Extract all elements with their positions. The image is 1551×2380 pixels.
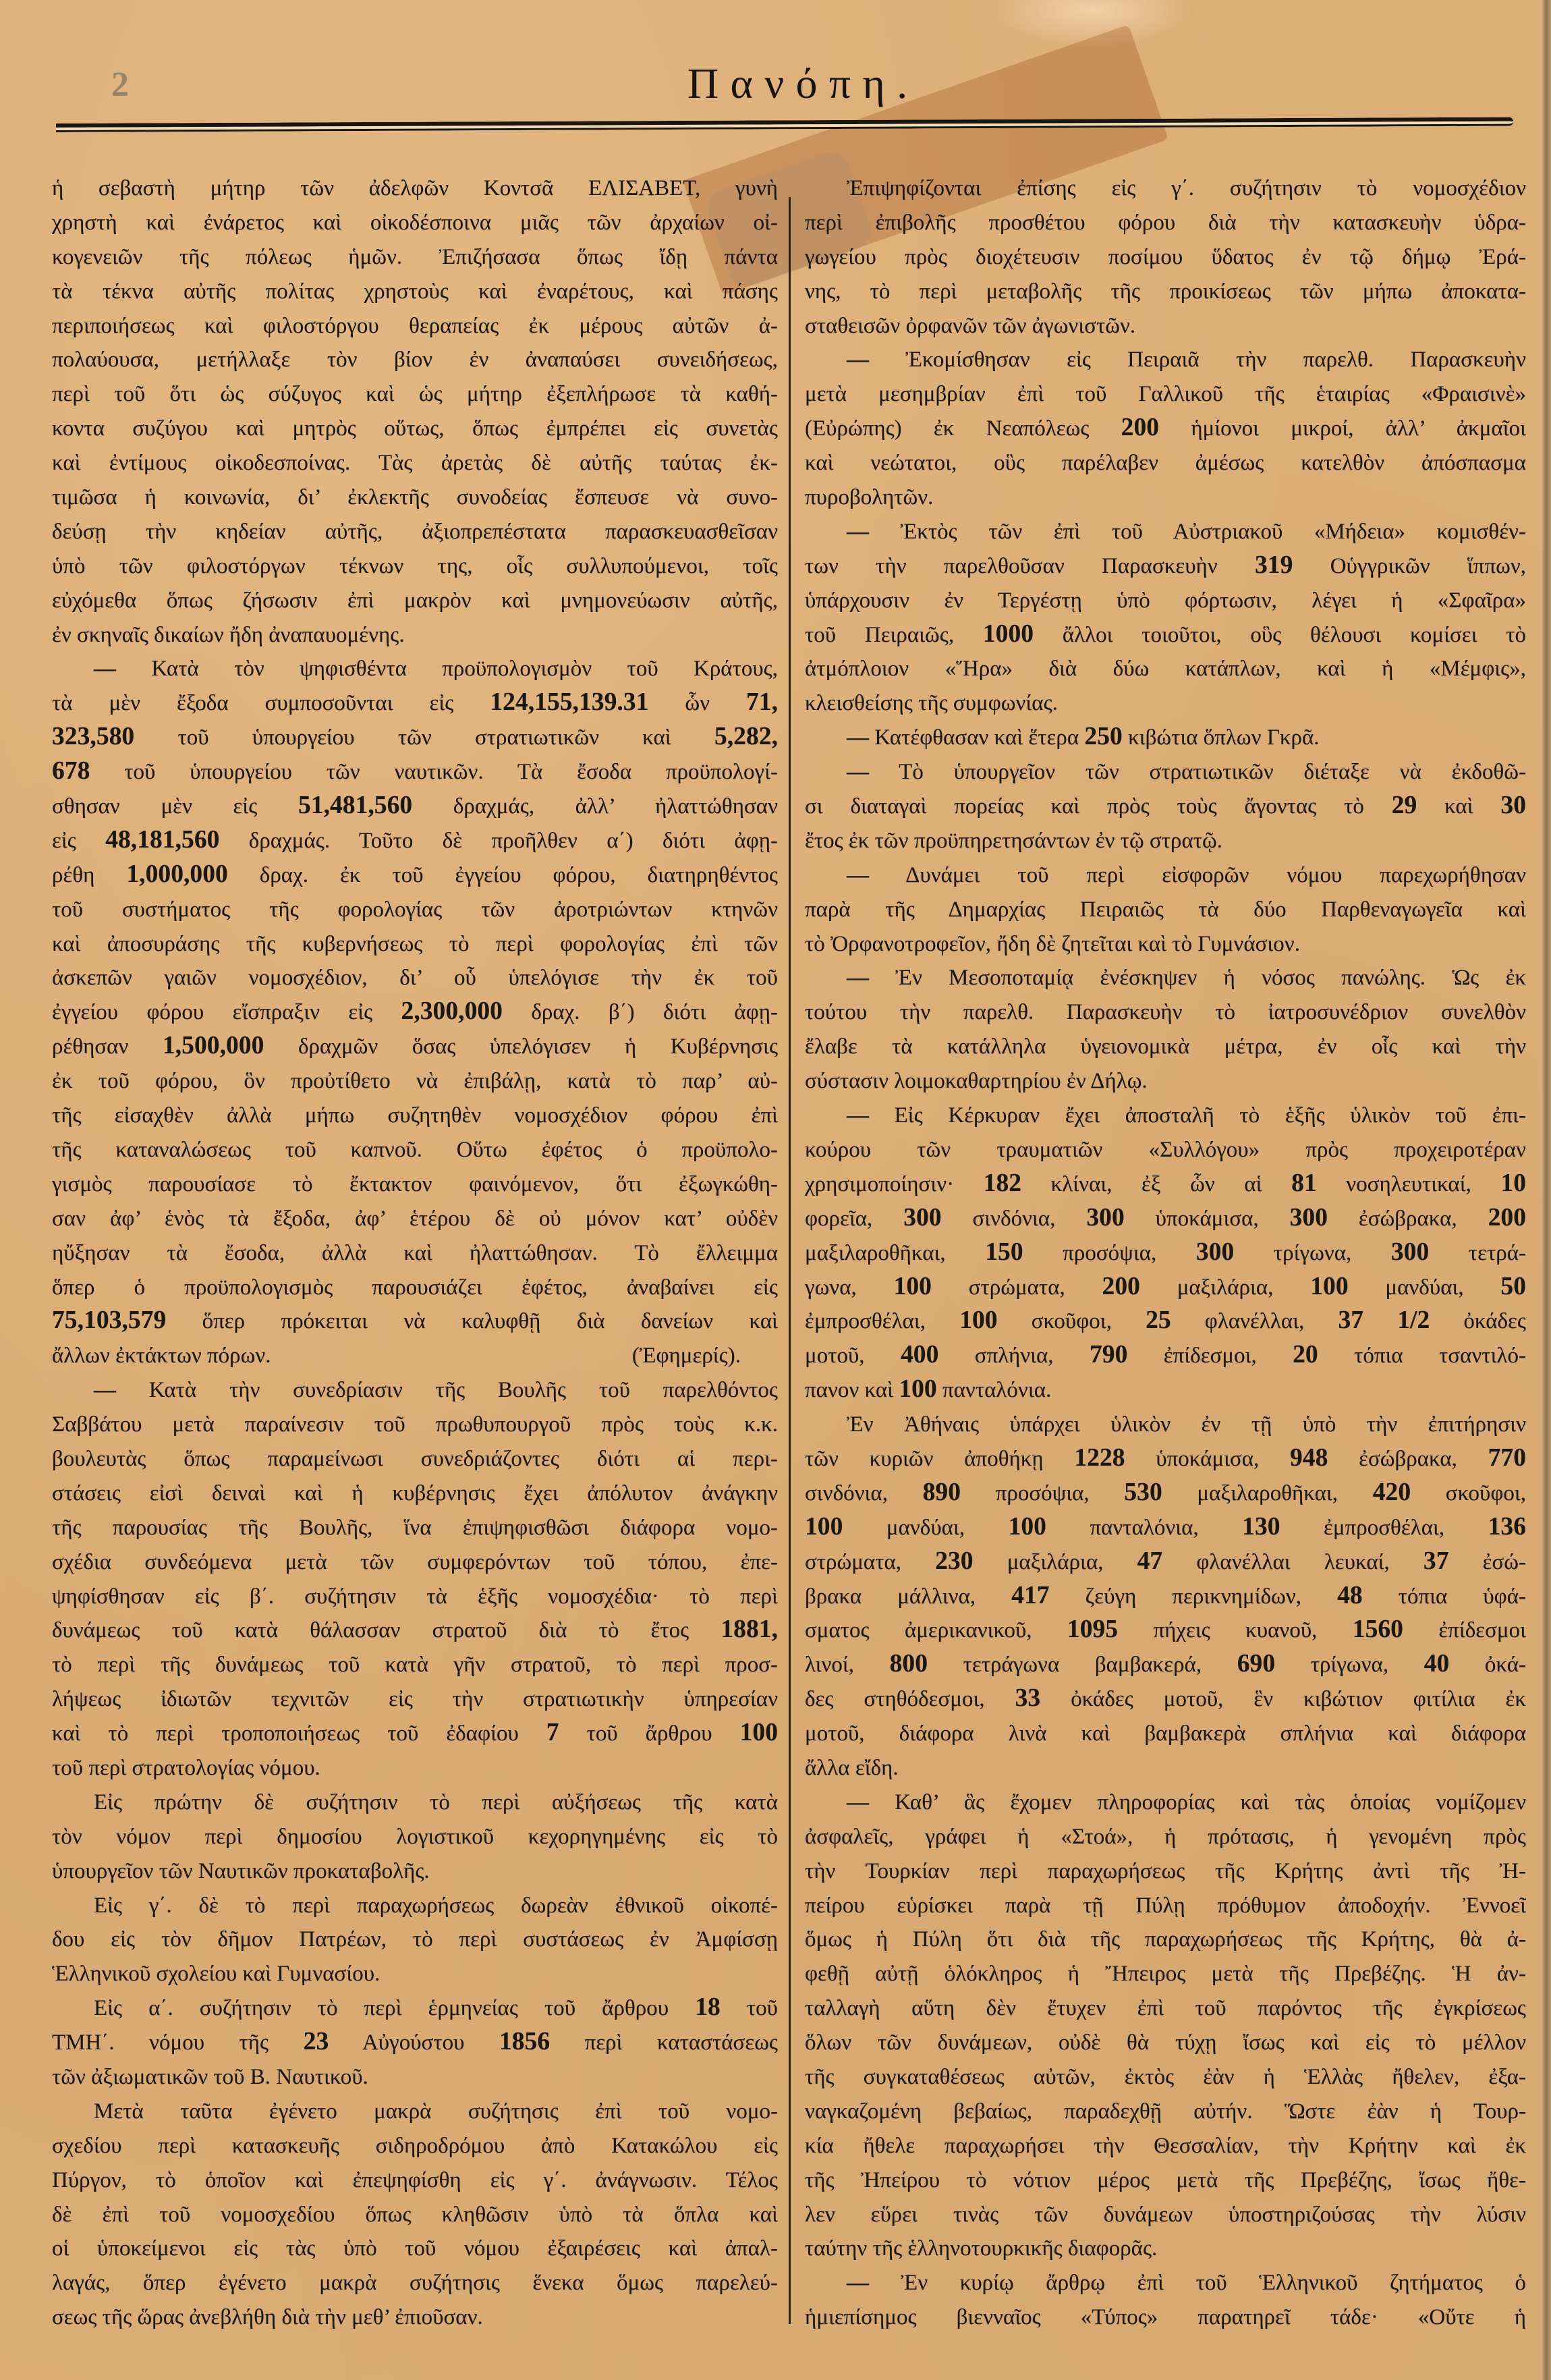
em-dash: — [94,657,116,681]
line-text: δὲ ἐπὶ τοῦ νομοσχεδίου ὅπως κληθῶσιν ὑπὸ… [52,2203,778,2227]
right-column: Ἐπιψηφίζονται ἐπίσης εἰς γ΄. συζήτησιν τ… [805,171,1526,2335]
text-line: — Τὸ ὑπουργεῖον τῶν στρατιωτικῶν διέταξε… [805,755,1526,790]
text-line: ὅλων τῶν δυνάμεων, οὐδὲ θὰ τύχῃ ἴσως καὶ… [805,2026,1526,2060]
line-text: — Ἐκομίσθησαν εἰς Πειραιᾶ τὴν παρελθ. Πα… [847,348,1526,372]
line-text: τὴν Τουρκίαν περὶ παραχωρήσεως τῆς Κρήτη… [805,1859,1526,1883]
em-dash: — [847,520,869,544]
figure: 200 [1488,1203,1526,1231]
line-text: μοτοῦ, 400 σπλήνια, 790 ἐπίδεσμοι, 20 τό… [805,1344,1526,1368]
text-line: σθησαν μὲν εἰς 51,481,560 δραχμάς, ἀλλ’ … [52,790,778,824]
text-line: στάσεις εἰσὶ δειναὶ καὶ ἡ κυβέρνησις ἔχε… [52,1476,778,1511]
line-text: κλεισθείσης τῆς συμφωνίας. [805,691,1058,715]
text-line: ἀσφαλεῖς, γράφει ἡ «Στοά», ἡ πρότασις, ἡ… [805,1820,1526,1854]
line-text: περὶ ἐπιβολῆς προσθέτου φόρου διὰ τὴν κα… [805,211,1526,235]
figure: 130 [1242,1512,1280,1541]
em-dash: — [847,966,869,990]
text-line: σαν ἀφ’ ἑνὸς τὰ ἔξοδα, ἀφ’ ἑτέρου δὲ οὐ … [52,1202,778,1236]
em-dash: — [847,863,869,887]
text-line: δες στηθόδεσμοι, 33 ὀκάδες μοτοῦ, ἓν κιβ… [805,1682,1526,1717]
line-text: ΤΜΗ΄. νόμου τῆς 23 Αὐγούστου 1856 περὶ κ… [52,2030,778,2055]
text-line: λεν εὕρει τινὰς τῶν δυνάμεων ὑποστηριζού… [805,2198,1526,2232]
text-line: νης, τὸ περὶ μεταβολῆς τῆς προικίσεως τῶ… [805,275,1526,309]
figure: 48,181,560 [105,825,219,854]
line-text: σματος ἀμερικανικοῦ, 1095 πήχεις κυανοῦ,… [805,1618,1526,1642]
figure: 23 [304,2027,329,2055]
figure: 300 [903,1203,941,1231]
line-text: σχέδια συνδεόμενα μετὰ τῶν συμφερόντων τ… [52,1550,778,1574]
figure: 1881, [721,1615,778,1643]
text-line: ψηφίσθησαν εἰς β΄. συζήτησιν τὰ ἑξῆς νομ… [52,1580,778,1614]
figure: 29 [1392,791,1417,819]
line-text: κούρου τῶν τραυματιῶν «Συλλόγου» πρὸς πρ… [805,1138,1526,1162]
line-text: περὶ τοῦ ὅτι ὡς σύζυγος καὶ ὡς μήτηρ ἐξε… [52,382,778,406]
text-line: τῶν ἀξιωματικῶν τοῦ Β. Ναυτικοῦ. [52,2060,778,2095]
line-text: — Ἐκτὸς τῶν ἐπὶ τοῦ Αὐστριακοῦ «Μήδεια» … [847,520,1526,544]
article-paragraph: Ἐπιψηφίζονται ἐπίσης εἰς γ΄. συζήτησιν τ… [805,171,1526,343]
text-line: σι διαταγαὶ πορείας καὶ πρὸς τοὺς ἄγοντα… [805,790,1526,824]
line-text: πανον καὶ 100 πανταλόνια. [805,1378,1051,1402]
line-text: βρακα μάλλινα, 417 ζεύγη περικνημίδων, 4… [805,1584,1526,1609]
line-text: ἐκ τοῦ φόρου, ὃν προὐτίθετο νὰ ἐπιβάλῃ, … [52,1069,778,1093]
page-number: 2 [111,67,129,103]
line-text: παρὰ τῆς Δημαρχίας Πειραιῶς τὰ δύο Παρθε… [805,897,1526,922]
article-paragraph: Εἰς γ΄. δὲ τὸ περὶ παραχωρήσεως δωρεὰν ἐ… [52,1889,778,1992]
figure: 800 [890,1649,928,1678]
line-text: ἐγγείου φόρου εἴσπραξιν εἰς 2,300,000 δρ… [52,1000,778,1024]
text-line: Εἰς πρώτην δὲ συζήτησιν τὸ περὶ αὐξήσεως… [52,1786,778,1820]
figure: 250 [1084,722,1122,750]
text-line: ἐγγείου φόρου εἴσπραξιν εἰς 2,300,000 δρ… [52,995,778,1030]
line-text: κοντα συζύγου καὶ μητρὸς οὕτως, ὅπως ἐμπ… [52,416,778,441]
text-line: Ἐν Ἀθήναις ὑπάρχει ὑλικὸν ἐν τῇ ὑπὸ τὴν … [805,1408,1526,1442]
text-line: Μετὰ ταῦτα ἐγένετο μακρὰ συζήτησις ἐπὶ τ… [52,2095,778,2129]
em-dash: — [847,725,869,750]
line-text: τῶν ἀξιωματικῶν τοῦ Β. Ναυτικοῦ. [52,2065,368,2089]
text-line: — Ἐν κυρίῳ ἄρθρῳ ἐπὶ τοῦ Ἑλληνικοῦ ζητήμ… [805,2266,1526,2300]
line-text: Εἰς γ΄. δὲ τὸ περὶ παραχωρήσεως δωρεὰν ἐ… [94,1893,778,1918]
text-line: τῆς Ἠπείρου τὸ νότιον μέρος μετὰ τῆς Πρε… [805,2163,1526,2198]
text-line: τὰ τέκνα αὐτῆς πολίτας χρηστοὺς καὶ ἐναρ… [52,275,778,309]
line-text: ἡ σεβαστὴ μήτηρ τῶν ἀδελφῶν Κοντσᾶ ΕΛΙΣΑ… [52,176,778,200]
text-line: ἡμιεπίσημος βιενναῖος «Τύπος» παρατηρεῖ … [805,2300,1526,2335]
text-line: ὅμως ἡ Πύλη ὅτι διὰ τῆς παραχωρήσεως τῆς… [805,1922,1526,1957]
text-line: Ἐπιψηφίζονται ἐπίσης εἰς γ΄. συζήτησιν τ… [805,171,1526,206]
line-text: στάσεις εἰσὶ δειναὶ καὶ ἡ κυβέρνησις ἔχε… [52,1481,778,1505]
line-text: φορεῖα, 300 σινδόνια, 300 ὑποκάμισα, 300… [805,1207,1526,1231]
figure: 400 [901,1340,938,1368]
line-text: ἔλαβε τὰ κατάλληλα ὑγειονομικὰ μέτρα, ἐν… [805,1034,1526,1059]
figure: 300 [1086,1203,1124,1231]
line-text: Μετὰ ταῦτα ἐγένετο μακρὰ συζήτησις ἐπὶ τ… [94,2099,778,2124]
article-paragraph: — Κατὰ τὴν συνεδρίασιν τῆς Βουλῆς τοῦ πα… [52,1373,778,1786]
text-line: πείρου εὑρίσκει παρὰ τῇ Πύλῃ πρόθυμον ἀπ… [805,1889,1526,1923]
figure: 20 [1293,1340,1318,1368]
text-line: ναγκαζομένη βεβαίως, παραδεχθῇ αὐτήν. Ὥσ… [805,2095,1526,2129]
figure: 48 [1337,1581,1363,1609]
line-text: δεύσῃ τὴν κηδείαν αὐτῆς, ἀξιοπρεπέστατα … [52,520,778,544]
text-line: ηὔξησαν τὰ ἔσοδα, ἀλλὰ καὶ ἠλαττώθησαν. … [52,1236,778,1271]
text-line: λινοί, 800 τετράγωνα βαμβακερά, 690 τρίγ… [805,1648,1526,1682]
text-line: Σαββάτου μετὰ παραίνεσιν τοῦ πρωθυπουργο… [52,1408,778,1442]
line-text: Εἰς πρώτην δὲ συζήτησιν τὸ περὶ αὐξήσεως… [94,1790,778,1815]
figure: 18 [695,1993,721,2021]
text-line: βουλευτὰς ὅπως παραμείνωσι συνεδριάζοντε… [52,1442,778,1476]
text-line: ρέθησαν 1,500,000 δραχμῶν ὅσας ὑπελόγισε… [52,1030,778,1064]
line-text: τῶν κυριῶν ἀποθήκῃ 1228 ὑποκάμισα, 948 ἐ… [805,1447,1526,1471]
text-line: καὶ ἐντίμους οἰκοδεσποίνας. Τὰς ἀρετὰς δ… [52,446,778,480]
line-text: γισμὸς παρουσίασε τὸ ἔκτακτον φαινόμενον… [52,1172,778,1196]
figure: 37 [1423,1547,1449,1575]
em-dash: — [847,2271,869,2295]
line-text: χρησιμοποίησιν· 182 κλίναι, ἐξ ὧν αἱ 81 … [805,1172,1526,1196]
figure: 25 [1146,1306,1171,1334]
text-line: ἔλαβε τὰ κατάλληλα ὑγειονομικὰ μέτρα, ἐν… [805,1030,1526,1064]
line-text: περιποιήσεως καὶ φιλοστόργου θεραπείας ἐ… [52,314,778,338]
line-text: ταύτην τῆς ἑλληνοτουρκικῆς διαφορᾶς. [805,2236,1157,2261]
line-text: οἱ ὑποκείμενοι εἰς τὰς ὑπὸ τοῦ νόμου ἐξα… [52,2236,778,2261]
line-text: σινδόνια, 890 προσόψια, 530 μαξιλαροθῆκα… [805,1481,1526,1505]
text-line: οἱ ὑποκείμενοι εἰς τὰς ὑπὸ τοῦ νόμου ἐξα… [52,2232,778,2266]
line-text: τῆς εἰσαχθὲν ἀλλὰ μήπω συζητηθὲν νομοσχέ… [52,1103,778,1128]
figure: 319 [1255,551,1293,579]
text-line: κογενειῶν τῆς πόλεως ἡμῶν. Ἐπιζήσασα ὅπω… [52,240,778,275]
line-text: γωνα, 100 στρώματα, 200 μαξιλάρια, 100 μ… [805,1275,1526,1300]
text-line: σινδόνια, 890 προσόψια, 530 μαξιλαροθῆκα… [805,1476,1526,1511]
line-text: τιμῶσα ἡ κοινωνία, δι’ ἐκλεκτῆς συνοδεία… [52,485,778,509]
article-paragraph: — Ἐν κυρίῳ ἄρθρῳ ἐπὶ τοῦ Ἑλληνικοῦ ζητήμ… [805,2266,1526,2335]
line-text: χρηστὴ καὶ ἐνάρετος καὶ οἰκοδέσποινα μιᾶ… [52,211,778,235]
text-line: τὰ μὲν ἔξοδα συμποσοῦνται εἰς 124,155,13… [52,686,778,721]
line-text: (Εὐρώπης) ἐκ Νεαπόλεως 200 ἡμίονοι μικρο… [805,416,1526,441]
text-line: ὑπὸ τῶν φιλοστόργων τέκνων της, οἷς συλλ… [52,549,778,584]
text-line: — Κατὰ τὸν ψηφισθέντα προϋπολογισμὸν τοῦ… [52,652,778,686]
text-line: μετὰ μεσημβρίαν ἐπὶ τοῦ Γαλλικοῦ τῆς ἑτα… [805,377,1526,412]
line-text: πείρου εὑρίσκει παρὰ τῇ Πύλῃ πρόθυμον ἀπ… [805,1893,1526,1918]
article-paragraph: — Ἐν Μεσοποταμίᾳ ἐνέσκηψεν ἡ νόσος πανώλ… [805,961,1526,1099]
text-line: γωνα, 100 στρώματα, 200 μαξιλάρια, 100 μ… [805,1271,1526,1305]
figure: 300 [1391,1238,1429,1266]
line-text: τὸν νόμον περὶ δημοσίου λογιστικοῦ κεχορ… [52,1825,778,1849]
text-line: φορεῖα, 300 σινδόνια, 300 ὑποκάμισα, 300… [805,1202,1526,1236]
figure: 1000 [983,619,1034,648]
line-text: σταθεισῶν ὀρφανῶν τῶν ἀγωνιστῶν. [805,314,1135,338]
line-text: δες στηθόδεσμοι, 33 ὀκάδες μοτοῦ, ἓν κιβ… [805,1687,1526,1711]
line-text: ναγκαζομένη βεβαίως, παραδεχθῇ αὐτήν. Ὥσ… [805,2099,1526,2124]
line-text: ἀσφαλεῖς, γράφει ἡ «Στοά», ἡ πρότασις, ἡ… [805,1825,1526,1849]
figure: 300 [1196,1238,1234,1266]
text-line: τῆς καταναλώσεως τοῦ καπνοῦ. Οὕτω ἐφέτος… [52,1133,778,1167]
text-line: πανον καὶ 100 πανταλόνια. [805,1373,1526,1408]
line-text: τοῦ Πειραιῶς, 1000 ἄλλοι τοιοῦτοι, οὓς θ… [805,623,1526,647]
text-line: γωγείου πρὸς διοχέτευσιν ποσίμου ὕδατος … [805,240,1526,275]
text-line: τούτου τὴν παρελθ. Παρασκευὴν τὸ ἰατροσυ… [805,995,1526,1030]
line-text: ὑπουργεῖον τῶν Ναυτικῶν προκαταβολῆς. [52,1859,430,1883]
figure: 7 [546,1718,559,1746]
text-line: 323,580 τοῦ ὑπουργείου τῶν στρατιωτικῶν … [52,721,778,755]
figure: 200 [1102,1272,1140,1300]
figure: 71, [746,688,778,716]
line-text: τὸ Ὀρφανοτροφεῖον, ἤδη δὲ ζητεῖται καὶ τ… [805,932,1300,956]
figure: 33 [1015,1684,1041,1712]
article-paragraph: — Κατὰ τὸν ψηφισθέντα προϋπολογισμὸν τοῦ… [52,652,778,1373]
line-text: των τὴν παρελθοῦσαν Παρασκευὴν 319 Οὑγγρ… [805,554,1526,578]
figure: 230 [935,1547,973,1575]
line-text: ταλλαγὴ αὕτη δὲν ἔτυχεν ἐπὶ τοῦ παρόντος… [805,1996,1526,2020]
source-attribution: (Ἐφημερίς). [632,1339,741,1373]
line-text: ἐν σκηναῖς δικαίων ἤδη ἀναπαυομένης. [52,623,405,647]
figure: 1560 [1353,1615,1403,1643]
text-line: τὴν Τουρκίαν περὶ παραχωρήσεως τῆς Κρήτη… [805,1854,1526,1889]
text-line: — Κατέφθασαν καὶ ἕτερα 250 κιβώτια ὅπλων… [805,721,1526,755]
text-line: πυροβολητῶν. [805,480,1526,515]
text-line: ταύτην τῆς ἑλληνοτουρκικῆς διαφορᾶς. [805,2232,1526,2266]
text-line: τοῦ συστήματος τῆς φορολογίας τῶν ἀροτρι… [52,893,778,927]
line-text: λεν εὕρει τινὰς τῶν δυνάμεων ὑποστηριζού… [805,2203,1526,2227]
line-text: σι διαταγαὶ πορείας καὶ πρὸς τοὺς ἄγοντα… [805,794,1526,819]
text-line: 100 μανδύαι, 100 πανταλόνια, 130 ἐμπροσθ… [805,1511,1526,1545]
line-text: σθησαν μὲν εἰς 51,481,560 δραχμάς, ἀλλ’ … [52,794,778,819]
line-text: ἀτμόπλοιον «Ἥρα» διὰ δύω κατάπλων, καὶ ἡ… [805,657,1526,681]
line-text: καὶ ἀποσυράσης τῆς κυβερνήσεως τὸ περὶ φ… [52,932,778,956]
text-line: των τὴν παρελθοῦσαν Παρασκευὴν 319 Οὑγγρ… [805,549,1526,584]
text-line: κλεισθείσης τῆς συμφωνίας. [805,686,1526,721]
line-text: καὶ τὸ περὶ τροποποιήσεως τοῦ ἐδαφίου 7 … [52,1721,778,1746]
line-text: φεθῇ αὐτῇ ὁλόκληρος ἡ Ἤπειρος μετὰ τῆς Π… [805,1962,1526,1986]
text-line: σχέδια συνδεόμενα μετὰ τῶν συμφερόντων τ… [52,1545,778,1580]
line-text: τῆς Ἠπείρου τὸ νότιον μέρος μετὰ τῆς Πρε… [805,2168,1526,2192]
text-line: Ἑλληνικοῦ σχολείου καὶ Γυμνασίου. [52,1957,778,1991]
text-line: τὸν νόμον περὶ δημοσίου λογιστικοῦ κεχορ… [52,1820,778,1854]
text-line: σταθεισῶν ὀρφανῶν τῶν ἀγωνιστῶν. [805,309,1526,343]
line-text: μοτοῦ, διάφορα λινὰ καὶ βαμβακερὰ σπλήνι… [805,1721,1526,1746]
line-text: — Ἐν Μεσοποταμίᾳ ἐνέσκηψεν ἡ νόσος πανώλ… [847,966,1526,990]
text-line: ὑπάρχουσιν ἐν Τεργέστῃ ὑπὸ φόρτωσιν, λέγ… [805,584,1526,618]
left-column: ἡ σεβαστὴ μήτηρ τῶν ἀδελφῶν Κοντσᾶ ΕΛΙΣΑ… [52,171,778,2335]
figure: 150 [985,1238,1023,1266]
column-divider [789,197,791,2324]
figure: 948 [1290,1443,1328,1472]
line-text: ἀσκεπῶν γαιῶν νομοσχέδιον, δι’ οὗ ὑπελόγ… [52,966,778,990]
text-line: 678 τοῦ ὑπουργείου τῶν ναυτικῶν. Τὰ ἔσοδ… [52,755,778,790]
text-line: καὶ νεώτατοι, οὓς παρέλαβεν ἀμέσως κατελ… [805,446,1526,480]
line-text: ἡμιεπίσημος βιενναῖος «Τύπος» παρατηρεῖ … [805,2305,1526,2329]
text-line: δὲ ἐπὶ τοῦ νομοσχεδίου ὅπως κληθῶσιν ὑπὸ… [52,2198,778,2232]
line-text: καὶ ἐντίμους οἰκοδεσποίνας. Τὰς ἀρετὰς δ… [52,451,778,475]
article-paragraph: Εἰς α΄. συζήτησιν τὸ περὶ ἑρμηνείας τοῦ … [52,1991,778,2095]
article-paragraph: — Δυνάμει τοῦ περὶ εἰσφορῶν νόμου παρεχω… [805,858,1526,962]
text-line: (Ἐφημερίς).ἄλλων ἐκτάκτων πόρων. [52,1339,778,1373]
header-double-rule [56,117,1513,132]
line-text: λινοί, 800 τετράγωνα βαμβακερά, 690 τρίγ… [805,1653,1526,1677]
line-text: 323,580 τοῦ ὑπουργείου τῶν στρατιωτικῶν … [52,725,778,750]
figure: 890 [923,1478,961,1506]
article-paragraph: Μετὰ ταῦτα ἐγένετο μακρὰ συζήτησις ἐπὶ τ… [52,2095,778,2335]
em-dash: — [94,1378,116,1402]
text-line: βρακα μάλλινα, 417 ζεύγη περικνημίδων, 4… [805,1580,1526,1614]
line-text: 75,103,579 ὅπερ πρόκειται νὰ καλυφθῇ διὰ… [52,1309,778,1333]
text-line: φεθῇ αὐτῇ ὁλόκληρος ἡ Ἤπειρος μετὰ τῆς Π… [805,1957,1526,1991]
line-text: — Κατὰ τὴν συνεδρίασιν τῆς Βουλῆς τοῦ πα… [94,1378,778,1402]
line-text: νης, τὸ περὶ μεταβολῆς τῆς προικίσεως τῶ… [805,279,1526,304]
text-line: τῶν κυριῶν ἀποθήκῃ 1228 ὑποκάμισα, 948 ἐ… [805,1442,1526,1476]
text-line: — Δυνάμει τοῦ περὶ εἰσφορῶν νόμου παρεχω… [805,858,1526,893]
text-line: πολαύουσα, μετήλλαξε τὸν βίον ἐν ἀναπαύσ… [52,343,778,377]
line-text: γωγείου πρὸς διοχέτευσιν ποσίμου ὕδατος … [805,245,1526,269]
text-line: Πύργον, τὸ ὁποῖον καὶ ἐπεψηφίσθη εἰς γ΄.… [52,2163,778,2198]
line-text: εἰς 48,181,560 δραχμάς. Τοῦτο δὲ προῆλθε… [52,829,778,853]
text-line: τοῦ Πειραιῶς, 1000 ἄλλοι τοιοῦτοι, οὓς θ… [805,618,1526,653]
line-text: ἄλλων ἐκτάκτων πόρων. [52,1344,271,1368]
article-paragraph: — Τὸ ὑπουργεῖον τῶν στρατιωτικῶν διέταξε… [805,755,1526,858]
line-text: Πύργον, τὸ ὁποῖον καὶ ἐπεψηφίσθη εἰς γ΄.… [52,2168,778,2192]
text-line: ὅπερ ὁ προϋπολογισμὸς παρουσιάζει ἐφέτος… [52,1271,778,1305]
text-line: τῆς παρουσίας τῆς Βουλῆς, ἵνα ἐπιψηφισθῶ… [52,1511,778,1545]
text-line: — Ἐν Μεσοποταμίᾳ ἐνέσκηψεν ἡ νόσος πανώλ… [805,961,1526,995]
figure: 1,000,000 [126,860,227,888]
figure: 678 [52,756,90,785]
line-text: ηὔξησαν τὰ ἔσοδα, ἀλλὰ καὶ ἠλαττώθησαν. … [52,1241,778,1265]
line-text: — Εἰς Κέρκυραν ἔχει ἀποσταλῆ τὸ ἑξῆς ὑλι… [847,1103,1526,1128]
figure: 770 [1488,1443,1526,1472]
figure: 75,103,579 [52,1306,166,1334]
text-line: μοτοῦ, διάφορα λινὰ καὶ βαμβακερὰ σπλήνι… [805,1717,1526,1751]
figure: 1095 [1067,1615,1118,1643]
text-line: στρώματα, 230 μαξιλάρια, 47 φλανέλλαι λε… [805,1545,1526,1580]
text-line: τοῦ περὶ στρατολογίας νόμου. [52,1751,778,1786]
text-line: κοντα συζύγου καὶ μητρὸς οὕτως, ὅπως ἐμπ… [52,412,778,446]
article-paragraph: — Ἐκτὸς τῶν ἐπὶ τοῦ Αὐστριακοῦ «Μήδεια» … [805,515,1526,721]
line-text: 678 τοῦ ὑπουργείου τῶν ναυτικῶν. Τὰ ἔσοδ… [52,760,778,784]
text-line: περὶ ἐπιβολῆς προσθέτου φόρου διὰ τὴν κα… [805,206,1526,240]
line-text: ὅπερ ὁ προϋπολογισμὸς παρουσιάζει ἐφέτος… [52,1275,778,1300]
text-line: ὑπουργεῖον τῶν Ναυτικῶν προκαταβολῆς. [52,1854,778,1889]
line-text: — Κατέφθασαν καὶ ἕτερα 250 κιβώτια ὅπλων… [847,725,1320,750]
text-line: γισμὸς παρουσίασε τὸ ἔκτακτον φαινόμενον… [52,1167,778,1202]
figure: 136 [1488,1512,1526,1541]
line-text: — Κατὰ τὸν ψηφισθέντα προϋπολογισμὸν τοῦ… [94,657,778,681]
masthead-title: Πανόπη. [687,62,919,105]
line-text: ὑπάρχουσιν ἐν Τεργέστῃ ὑπὸ φόρτωσιν, λέγ… [805,588,1526,613]
article-paragraph: — Καθ’ ἃς ἔχομεν πληροφορίας καὶ τὰς ὁπο… [805,1786,1526,2266]
text-line: ἐμπροσθέλαι, 100 σκοῦφοι, 25 φλανέλλαι, … [805,1304,1526,1339]
em-dash: — [847,1790,869,1815]
text-line: ἀτμόπλοιον «Ἥρα» διὰ δύω κατάπλων, καὶ ἡ… [805,652,1526,686]
figure: 790 [1090,1340,1127,1368]
text-line: ΤΜΗ΄. νόμου τῆς 23 Αὐγούστου 1856 περὶ κ… [52,2026,778,2060]
line-text: τῆς συγκαταθέσεως αὐτῶν, ἐκτὸς ἐὰν ἡ Ἑλλ… [805,2065,1526,2089]
text-line: σεως τῆς ὥρας ἀνεβλήθη διὰ τὴν μεθ’ ἐπιο… [52,2300,778,2335]
line-text: 100 μανδύαι, 100 πανταλόνια, 130 ἐμπροσθ… [805,1516,1526,1540]
text-line: ἡ σεβαστὴ μήτηρ τῶν ἀδελφῶν Κοντσᾶ ΕΛΙΣΑ… [52,171,778,206]
figure: 40 [1424,1649,1450,1678]
text-line: σχεδίου περὶ κατασκευῆς σιδηροδρόμου ἀπὸ… [52,2129,778,2163]
figure: 417 [1011,1581,1049,1609]
line-text: ὅμως ἡ Πύλη ὅτι διὰ τῆς παραχωρήσεως τῆς… [805,1927,1526,1952]
text-line: σματος ἀμερικανικοῦ, 1095 πήχεις κυανοῦ,… [805,1613,1526,1648]
text-line: τὸ περὶ τῆς δυνάμεως τοῦ κατὰ γῆν στρατο… [52,1648,778,1682]
line-text: δου εἰς τὸν δῆμον Πατρέων, τὸ περὶ συστά… [52,1927,778,1952]
figure: 420 [1373,1478,1411,1506]
text-line: εὐχόμεθα ὅπως ζήσωσιν ἐπὶ μακρὸν καὶ μνη… [52,584,778,618]
text-line: — Ἐκτὸς τῶν ἐπὶ τοῦ Αὐστριακοῦ «Μήδεια» … [805,515,1526,549]
figure: 10 [1500,1169,1526,1197]
text-line: τὸ Ὀρφανοτροφεῖον, ἤδη δὲ ζητεῖται καὶ τ… [805,927,1526,962]
figure: 37 [1338,1306,1363,1334]
article-paragraph: — Κατέφθασαν καὶ ἕτερα 250 κιβώτια ὅπλων… [805,721,1526,755]
line-text: — Τὸ ὑπουργεῖον τῶν στρατιωτικῶν διέταξε… [847,760,1526,784]
figure: 100 [959,1306,997,1334]
line-text: λήψεως ἰδιωτῶν τεχνιτῶν εἰς τὴν στρατιωτ… [52,1687,778,1711]
text-line: δυνάμεως τοῦ κατὰ θάλασσαν στρατοῦ διὰ τ… [52,1613,778,1648]
line-text: τὸ περὶ τῆς δυνάμεως τοῦ κατὰ γῆν στρατο… [52,1653,778,1677]
figure: 1856 [499,2027,550,2055]
line-text: Ἐν Ἀθήναις ὑπάρχει ὑλικὸν ἐν τῇ ὑπὸ τὴν … [847,1412,1526,1437]
line-text: — Καθ’ ἃς ἔχομεν πληροφορίας καὶ τὰς ὁπο… [847,1790,1526,1815]
text-line: μαξιλαροθῆκαι, 150 προσόψια, 300 τρίγωνα… [805,1236,1526,1271]
figure: 200 [1121,413,1159,441]
text-line: δου εἰς τὸν δῆμον Πατρέων, τὸ περὶ συστά… [52,1922,778,1957]
text-line: — Καθ’ ἃς ἔχομεν πληροφορίας καὶ τὰς ὁπο… [805,1786,1526,1820]
figure: 323,580 [52,722,134,750]
line-text: κία ἤθελε παραχωρήσει τὴν Θεσσαλίαν, τὴν… [805,2134,1526,2158]
line-text: στρώματα, 230 μαξιλάρια, 47 φλανέλλαι λε… [805,1550,1526,1574]
text-line: — Κατὰ τὴν συνεδρίασιν τῆς Βουλῆς τοῦ πα… [52,1373,778,1408]
line-text: Ἑλληνικοῦ σχολείου καὶ Γυμνασίου. [52,1962,380,1986]
figure: 100 [1310,1272,1348,1300]
line-text: ρέθη 1,000,000 δραχ. ἐκ τοῦ ἐγγείου φόρο… [52,863,778,887]
page-edge [1542,0,1551,2380]
text-line: ἐν σκηναῖς δικαίων ἤδη ἀναπαυομένης. [52,618,778,653]
line-text: Σαββάτου μετὰ παραίνεσιν τοῦ πρωθυπουργο… [52,1412,778,1437]
text-line: περιποιήσεως καὶ φιλοστόργου θεραπείας ἐ… [52,309,778,343]
text-line: εἰς 48,181,560 δραχμάς. Τοῦτο δὲ προῆλθε… [52,824,778,858]
line-text: μαξιλαροθῆκαι, 150 προσόψια, 300 τρίγωνα… [805,1241,1526,1265]
text-line: τῆς εἰσαχθὲν ἀλλὰ μήπω συζητηθὲν νομοσχέ… [52,1099,778,1133]
line-text: Ἐπιψηφίζονται ἐπίσης εἰς γ΄. συζήτησιν τ… [847,176,1526,200]
figure: 100 [1009,1512,1046,1541]
line-text: πυροβολητῶν. [805,485,933,509]
text-line: — Εἰς Κέρκυραν ἔχει ἀποσταλῆ τὸ ἑξῆς ὑλι… [805,1099,1526,1133]
figure: 1,500,000 [163,1031,264,1059]
text-line: λήψεως ἰδιωτῶν τεχνιτῶν εἰς τὴν στρατιωτ… [52,1682,778,1717]
line-text: — Δυνάμει τοῦ περὶ εἰσφορῶν νόμου παρεχω… [847,863,1526,887]
line-text: τὰ μὲν ἔξοδα συμποσοῦνται εἰς 124,155,13… [52,691,778,715]
line-text: εὐχόμεθα ὅπως ζήσωσιν ἐπὶ μακρὸν καὶ μνη… [52,588,778,613]
line-text: Εἰς α΄. συζήτησιν τὸ περὶ ἑρμηνείας τοῦ … [94,1996,778,2020]
line-text: δυνάμεως τοῦ κατὰ θάλασσαν στρατοῦ διὰ τ… [52,1618,778,1642]
figure: 50 [1500,1272,1526,1300]
figure: 30 [1500,791,1526,819]
line-text: τοῦ συστήματος τῆς φορολογίας τῶν ἀροτρι… [52,897,778,922]
line-text: λαγάς, ὅπερ ἐγένετο μακρὰ συζήτησις ἕνεκ… [52,2271,778,2295]
line-text: ἄλλα εἴδη. [805,1756,899,1780]
line-text: ψηφίσθησαν εἰς β΄. συζήτησιν τὰ ἑξῆς νομ… [52,1584,778,1609]
text-line: τιμῶσα ἡ κοινωνία, δι’ ἐκλεκτῆς συνοδεία… [52,480,778,515]
text-line: ἐκ τοῦ φόρου, ὃν προὐτίθετο νὰ ἐπιβάλῃ, … [52,1064,778,1099]
text-line: ρέθη 1,000,000 δραχ. ἐκ τοῦ ἐγγείου φόρο… [52,858,778,893]
line-text: τοῦ περὶ στρατολογίας νόμου. [52,1756,320,1780]
figure: 81 [1291,1169,1317,1197]
line-text: κογενειῶν τῆς πόλεως ἡμῶν. Ἐπιζήσασα ὅπω… [52,245,778,269]
text-line: λαγάς, ὅπερ ἐγένετο μακρὰ συζήτησις ἕνεκ… [52,2266,778,2300]
text-line: δεύσῃ τὴν κηδείαν αὐτῆς, ἀξιοπρεπέστατα … [52,515,778,549]
figure: 182 [984,1169,1021,1197]
text-line: Εἰς γ΄. δὲ τὸ περὶ παραχωρήσεως δωρεὰν ἐ… [52,1889,778,1923]
article-paragraph: Ἐν Ἀθήναις ὑπάρχει ὑλικὸν ἐν τῇ ὑπὸ τὴν … [805,1408,1526,1786]
text-line: περὶ τοῦ ὅτι ὡς σύζυγος καὶ ὡς μήτηρ ἐξε… [52,377,778,412]
line-text: ὅλων τῶν δυνάμεων, οὐδὲ θὰ τύχῃ ἴσως καὶ… [805,2030,1526,2055]
text-line: καὶ ἀποσυράσης τῆς κυβερνήσεως τὸ περὶ φ… [52,927,778,962]
